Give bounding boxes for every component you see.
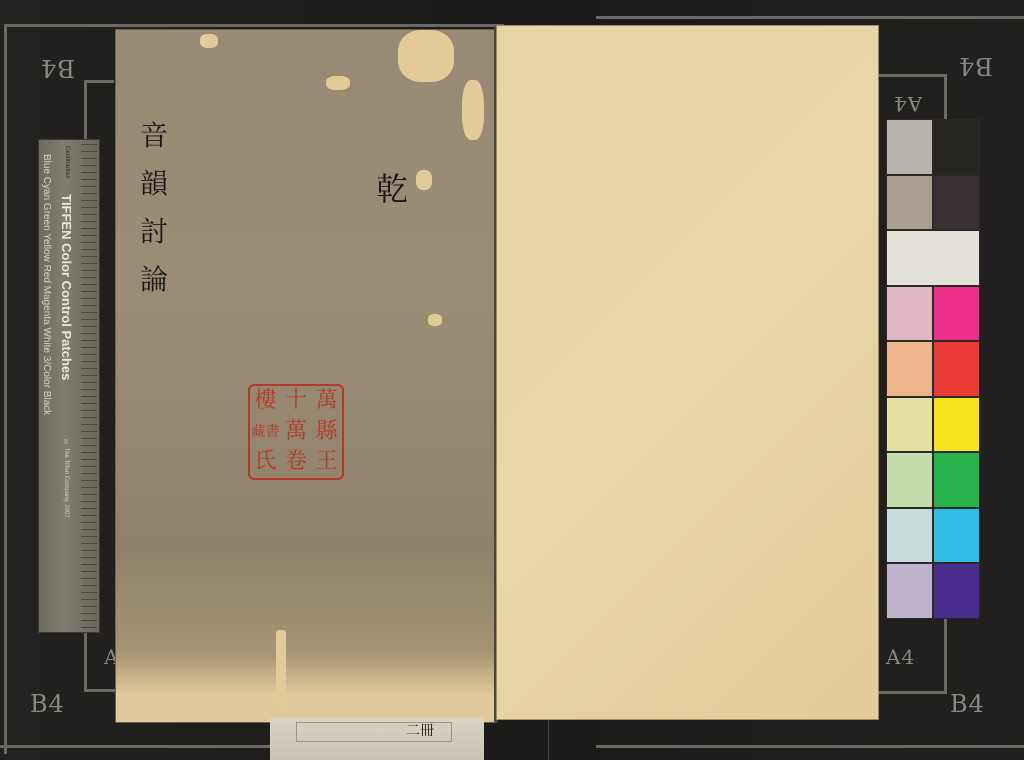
guide-line-bottom-right: [596, 745, 1024, 748]
color-patch: [933, 508, 980, 564]
color-patch: [933, 397, 980, 453]
color-patch: [933, 286, 980, 342]
seal-char: 藏書: [250, 417, 281, 448]
seal-char: 萬: [311, 386, 342, 417]
color-patch: [886, 286, 933, 342]
color-patch: [933, 563, 980, 619]
tiffen-color-ruler: Blue Cyan Green Yellow Red Magenta White…: [38, 139, 100, 633]
volume-label-slip: 二冊: [270, 718, 484, 760]
guide-line-a4-top-left: [84, 80, 114, 83]
color-patch: [886, 119, 933, 175]
guide-line-b4-top-left: [4, 24, 504, 27]
ruler-ticks: [81, 144, 97, 628]
guide-line-bottom-left: [0, 745, 270, 748]
stain: [326, 76, 350, 90]
guide-line-a4-bottom-right: [878, 691, 946, 694]
board-mark-b4-top-right: B4: [958, 52, 993, 80]
title-char: 論: [132, 256, 176, 304]
color-patch: [933, 175, 980, 231]
stain: [276, 630, 286, 710]
ruler-brand: TIFFEN: [59, 194, 74, 240]
ruler-product-name: Color Control Patches: [59, 243, 74, 380]
guide-line-b4-left: [4, 24, 7, 754]
volume-mark: 乾: [376, 164, 408, 210]
board-mark-b4-bottom-left: B4: [30, 690, 65, 718]
ruler-copyright: © The Tiffen Company, 2007: [63, 440, 69, 518]
color-patch: [886, 230, 980, 286]
title-char: 討: [132, 208, 176, 256]
seal-char: 縣: [311, 417, 342, 448]
blank-endpaper: [497, 26, 878, 719]
color-patch: [886, 452, 933, 508]
volume-label-text: 二冊: [406, 720, 434, 740]
stain: [462, 80, 484, 140]
title-char: 音: [132, 112, 176, 160]
color-patch: [886, 508, 933, 564]
book-title: 音 韻 討 論: [132, 112, 176, 304]
guide-line-a4-bottom-left: [84, 689, 118, 692]
color-patch: [933, 341, 980, 397]
stain: [398, 30, 454, 82]
color-calibration-chart: [886, 119, 980, 619]
seal-char: 卷: [281, 447, 312, 478]
seal-char: 十: [281, 386, 312, 417]
color-patch: [886, 175, 933, 231]
board-mark-b4-bottom-right: B4: [950, 690, 985, 718]
ruler-brand-label: TIFFEN Color Control Patches: [59, 194, 74, 380]
collector-seal: 萬 縣 王 十 萬 卷 樓 藏書 氏: [248, 384, 344, 480]
color-patch: [886, 397, 933, 453]
stain: [416, 170, 432, 190]
ruler-color-list: Blue Cyan Green Yellow Red Magenta White…: [41, 154, 52, 415]
color-patch: [933, 119, 980, 175]
seal-char: 萬: [281, 417, 312, 448]
seal-char: 王: [311, 447, 342, 478]
ruler-units: Centimetres: [64, 146, 70, 178]
seal-char: 樓: [250, 386, 281, 417]
stain: [200, 34, 218, 48]
guide-line-b4-top-right: [596, 16, 1024, 19]
guide-line-a4-top-right: [878, 74, 946, 77]
board-mark-a4-top-right: A4: [893, 92, 922, 116]
color-patch: [933, 452, 980, 508]
title-char: 韻: [132, 160, 176, 208]
color-patch: [886, 563, 933, 619]
center-seam: [548, 720, 549, 760]
board-mark-b4-top-left: B4: [40, 54, 75, 82]
color-patch: [886, 341, 933, 397]
stain: [428, 314, 442, 326]
board-mark-a4-bottom-right: A4: [886, 645, 915, 669]
seal-char: 氏: [250, 447, 281, 478]
